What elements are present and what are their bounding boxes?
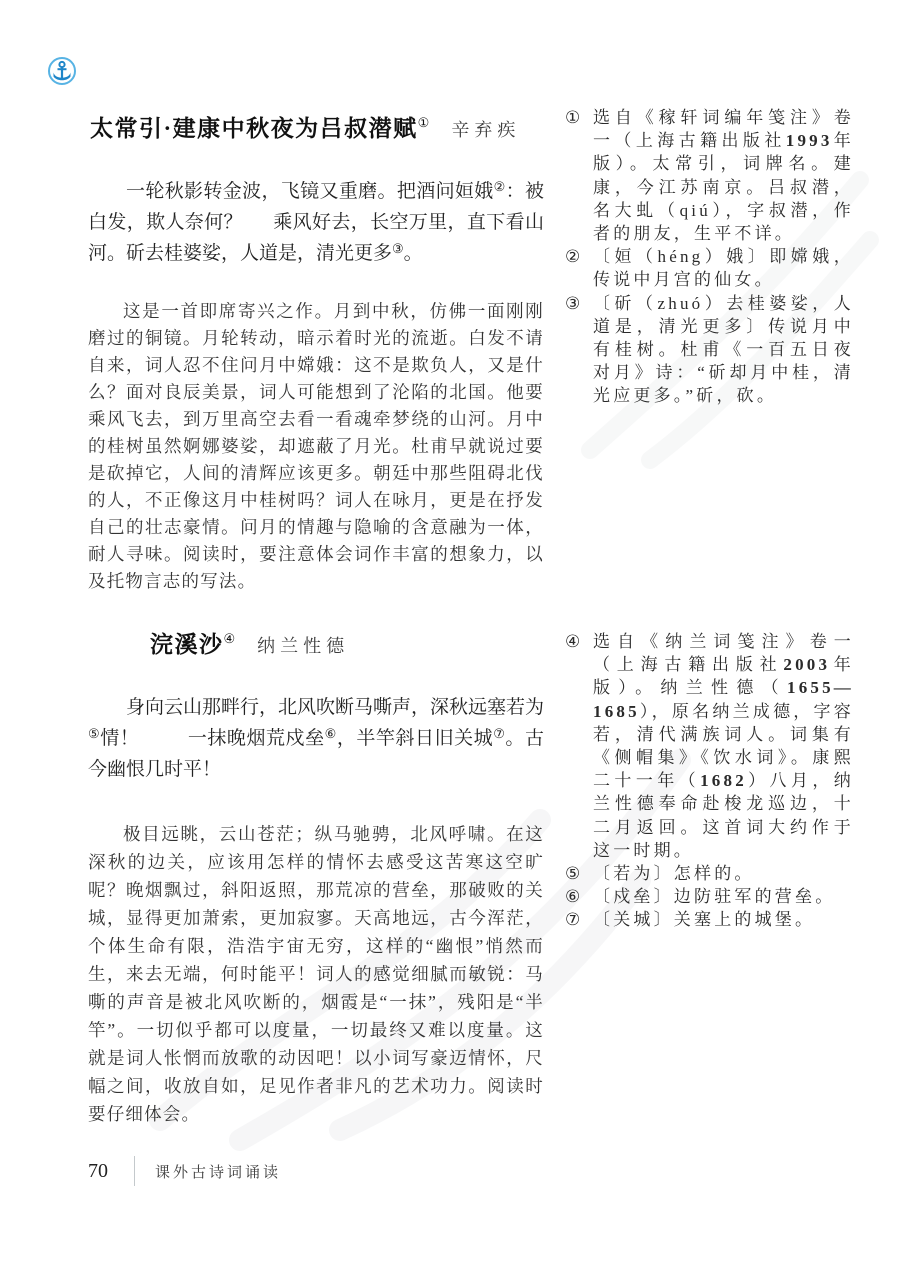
- page-footer: 70 课外古诗词诵读: [88, 1156, 281, 1186]
- footnote-5-marker: ⑤: [565, 862, 580, 885]
- poem1-title-note-ref: ①: [418, 115, 430, 130]
- poem2-text: 身向云山那畔行，北风吹断马嘶声，深秋远塞若为⑤情！一抹晚烟荒戍垒⑥，半竿斜日旧关…: [88, 692, 544, 785]
- footnotes-group-1: ① 选自《稼轩词编年笺注》卷一（上海古籍出版社1993年版）。太常引，词牌名。建…: [565, 106, 854, 408]
- footnote-1: ① 选自《稼轩词编年笺注》卷一（上海古籍出版社1993年版）。太常引，词牌名。建…: [565, 106, 854, 245]
- footnote-6-text: 〔戍垒〕边防驻军的营垒。: [593, 887, 835, 906]
- poem2-author: 纳兰性德: [257, 632, 349, 658]
- footnote-7-marker: ⑦: [565, 908, 580, 931]
- footnote-7-text: 〔关城〕关塞上的城堡。: [593, 910, 815, 929]
- footnote-7: ⑦ 〔关城〕关塞上的城堡。: [565, 908, 854, 931]
- poem2-title-row: 浣溪沙④ 纳兰性德: [150, 626, 349, 659]
- footnote-2-marker: ②: [565, 245, 580, 268]
- footnote-2: ② 〔姮（héng）娥〕即嫦娥，传说中月宫的仙女。: [565, 245, 854, 291]
- footnote-5: ⑤ 〔若为〕怎样的。: [565, 862, 854, 885]
- footnote-6-marker: ⑥: [565, 885, 580, 908]
- footer-divider: [134, 1156, 135, 1186]
- poem1-commentary: 这是一首即席寄兴之作。月到中秋，仿佛一面刚刚磨过的铜镜。月轮转动，暗示着时光的流…: [88, 298, 544, 595]
- poem1-title: 太常引·建康中秋夜为吕叔潜赋①: [90, 110, 429, 143]
- footnote-3: ③ 〔斫（zhuó）去桂婆娑，人道是，清光更多〕传说月中有桂树。杜甫《一百五日夜…: [565, 292, 854, 408]
- footnote-5-text: 〔若为〕怎样的。: [593, 864, 755, 883]
- poem1-title-row: 太常引·建康中秋夜为吕叔潜赋① 辛弃疾: [90, 110, 520, 143]
- footnote-2-text: 〔姮（héng）娥〕即嫦娥，传说中月宫的仙女。: [593, 247, 854, 289]
- poem2-title-text: 浣溪沙: [150, 632, 224, 657]
- page-number: 70: [88, 1160, 108, 1183]
- poem2-title-note-ref: ④: [224, 631, 236, 646]
- footnote-1-marker: ①: [565, 106, 580, 129]
- poem1-title-text: 太常引·建康中秋夜为吕叔潜赋: [90, 116, 418, 141]
- footnotes-group-2: ④ 选自《纳兰词笺注》卷一（上海古籍出版社2003年版）。纳兰性德（1655—1…: [565, 630, 854, 932]
- footnote-6: ⑥ 〔戍垒〕边防驻军的营垒。: [565, 885, 854, 908]
- footnote-4: ④ 选自《纳兰词笺注》卷一（上海古籍出版社2003年版）。纳兰性德（1655—1…: [565, 630, 854, 862]
- poem2-commentary: 极目远眺，云山苍茫；纵马驰骋，北风呼啸。在这深秋的边关，应该用怎样的情怀去感受这…: [88, 820, 544, 1128]
- footnote-3-text: 〔斫（zhuó）去桂婆娑，人道是，清光更多〕传说月中有桂树。杜甫《一百五日夜对月…: [593, 294, 854, 406]
- poem1-author: 辛弃疾: [451, 116, 520, 142]
- footnote-4-marker: ④: [565, 630, 580, 653]
- footnote-4-text: 选自《纳兰词笺注》卷一（上海古籍出版社2003年版）。纳兰性德（1655—168…: [593, 632, 854, 860]
- poem1-text: 一轮秋影转金波，飞镜又重磨。把酒问姮娥②：被白发，欺人奈何？乘风好去，长空万里，…: [88, 176, 544, 269]
- anchor-icon: [47, 55, 77, 87]
- footnote-3-marker: ③: [565, 292, 580, 315]
- poem2-title: 浣溪沙④: [150, 626, 235, 659]
- footnote-1-text: 选自《稼轩词编年笺注》卷一（上海古籍出版社1993年版）。太常引，词牌名。建康，…: [593, 108, 854, 243]
- textbook-page: 太常引·建康中秋夜为吕叔潜赋① 辛弃疾 一轮秋影转金波，飞镜又重磨。把酒问姮娥②…: [0, 0, 904, 1264]
- footer-section-title: 课外古诗词诵读: [155, 1161, 281, 1182]
